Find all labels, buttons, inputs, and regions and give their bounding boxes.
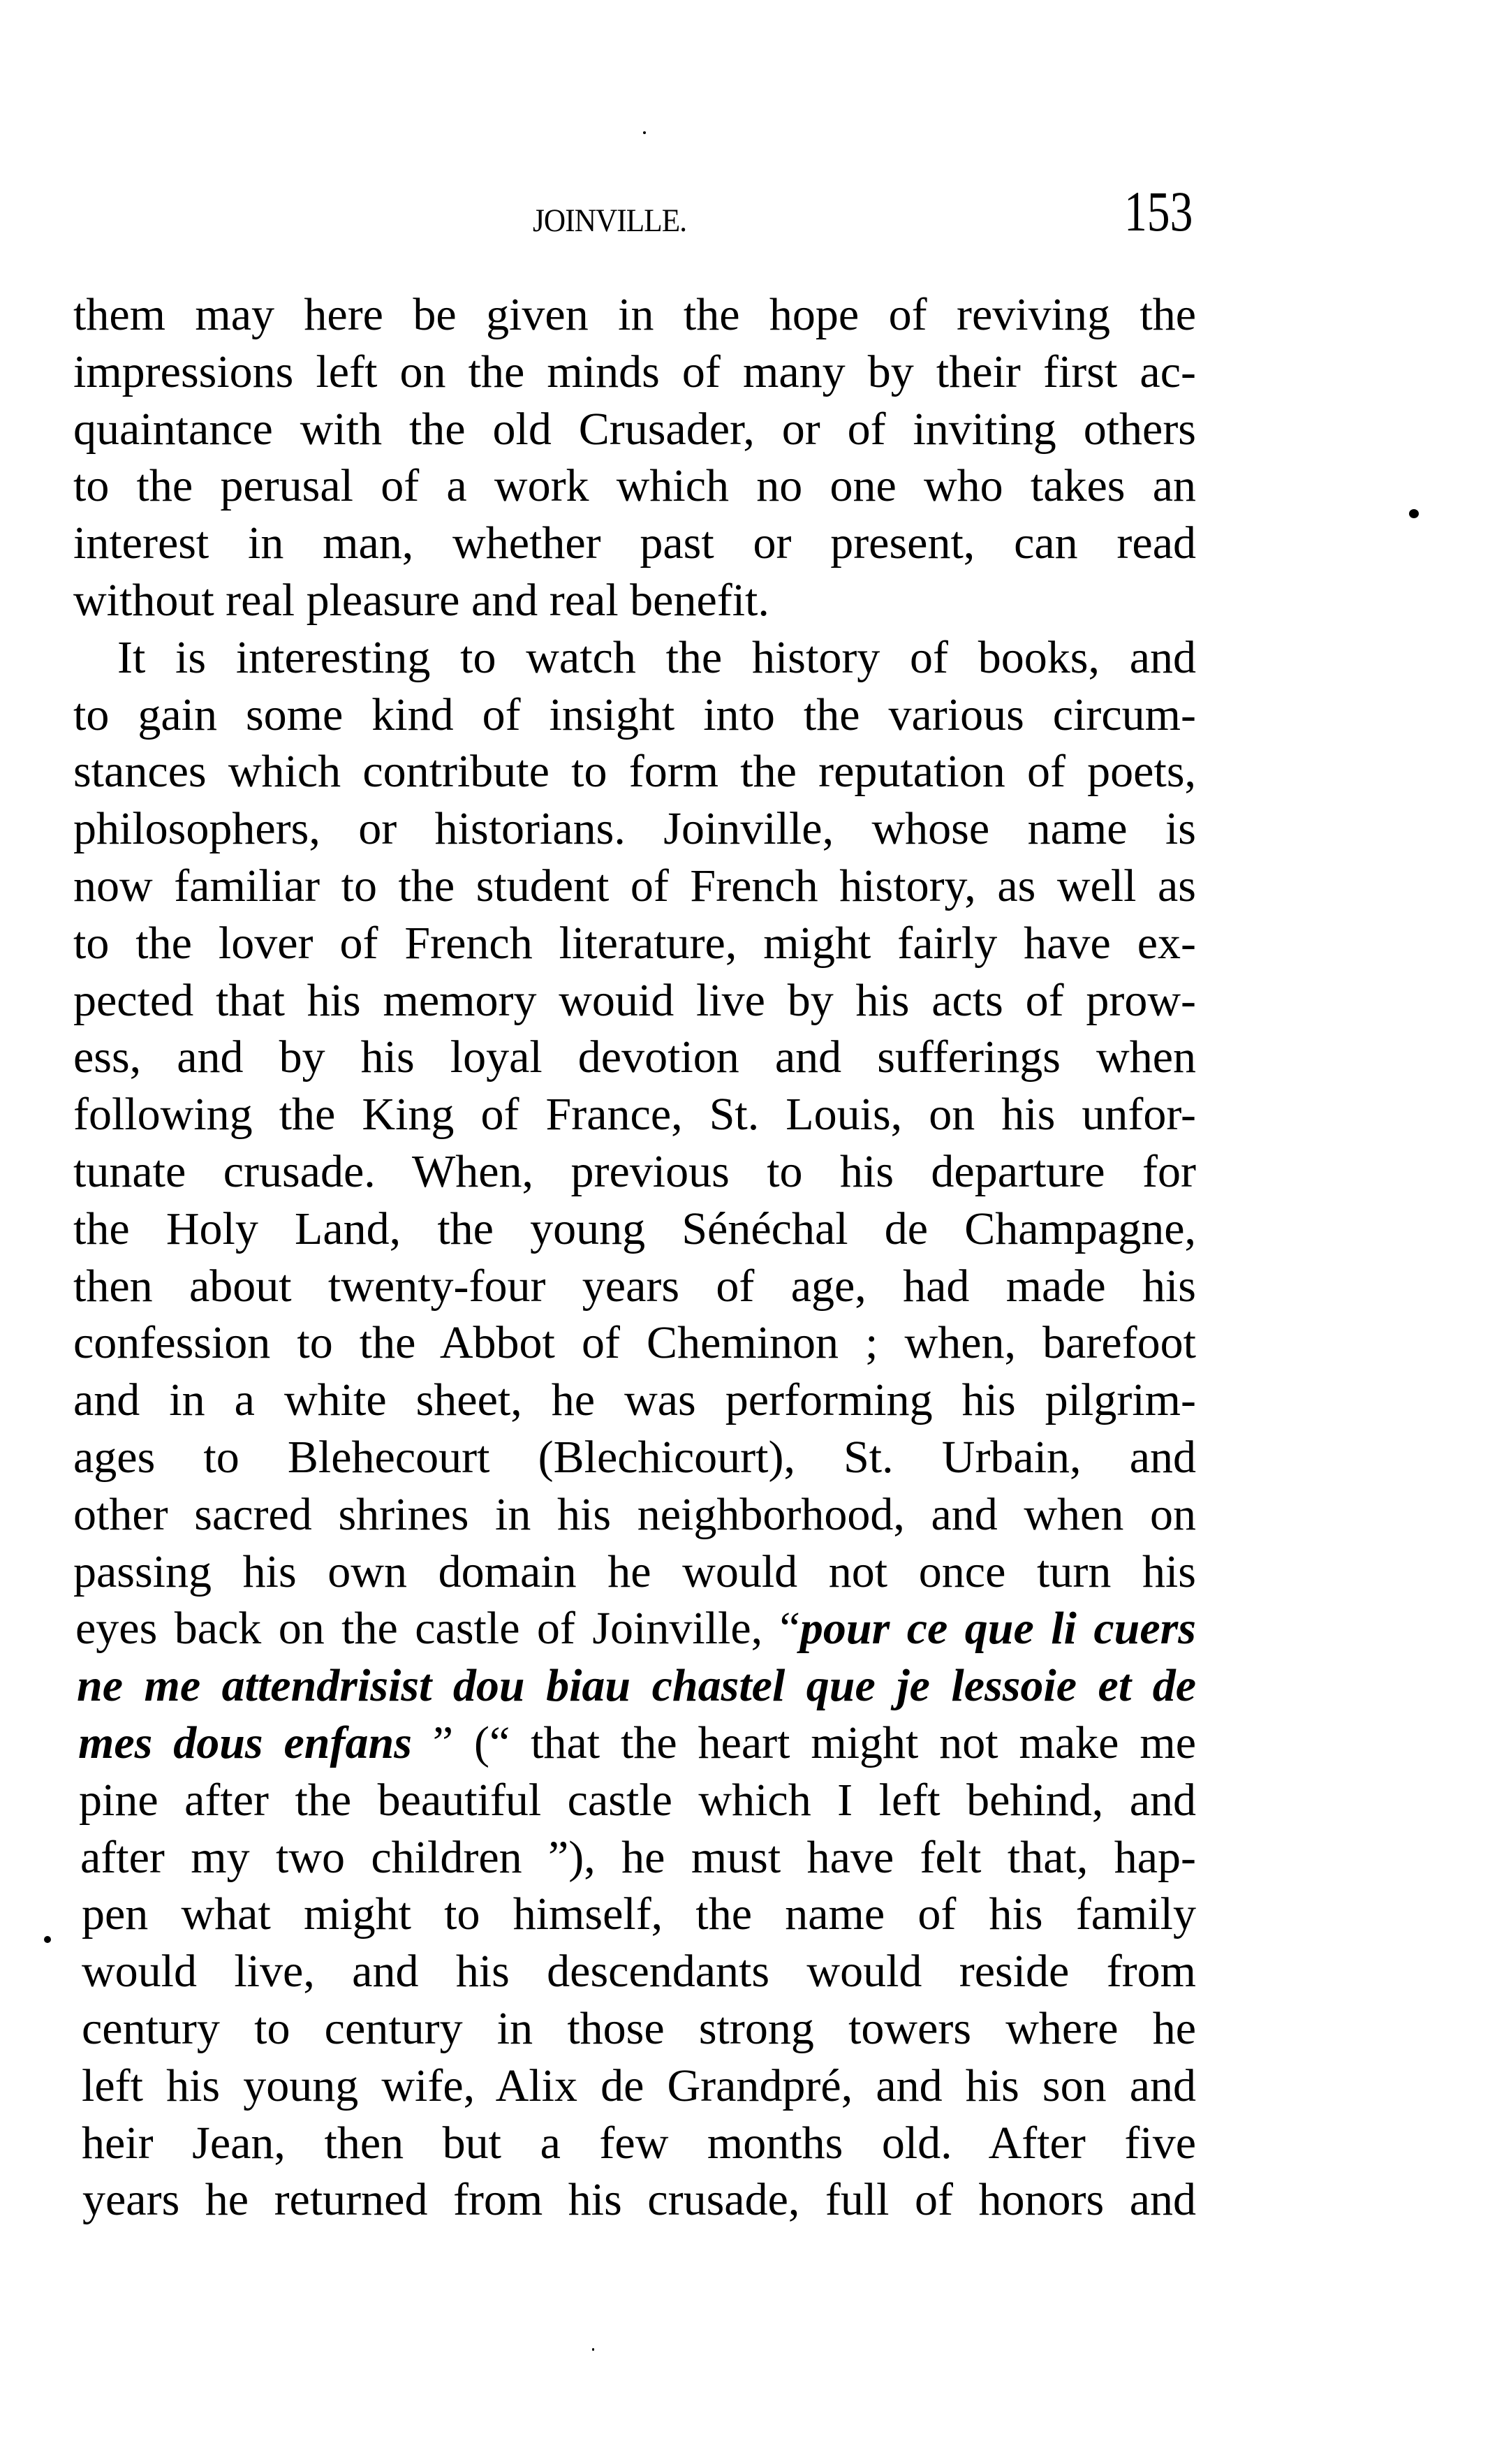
paragraph-start-line: It is interesting to watch the history o… [73, 629, 1196, 687]
text-line: years he returned from his crusade, full… [82, 2171, 1196, 2229]
text-line: pine after the beautiful castle which I … [79, 1772, 1196, 1829]
text-line-with-quote: ne me attendrisist dou biau chastel que … [77, 1657, 1196, 1715]
text-line-with-quote: eyes back on the castle of Joinville, “p… [75, 1600, 1196, 1657]
text-line: following the King of France, St. Louis,… [73, 1086, 1196, 1143]
text-line: would live, and his descendants would re… [82, 1943, 1196, 2000]
scan-speck [592, 2348, 594, 2351]
book-page: JOINVILLE. 153 them may here be given in… [0, 0, 1497, 2464]
text-line: pen what might to himself, the name of h… [82, 1886, 1196, 1943]
text-line: now familiar to the student of French hi… [73, 858, 1196, 915]
text-line: philosophers, or historians. Joinville, … [73, 800, 1196, 858]
body-text: them may here be given in the hope of re… [73, 286, 1196, 2229]
scan-speck [1409, 509, 1419, 518]
text-line: without real pleasure and real benefit. [73, 572, 1196, 629]
text-line: pected that his memory wouid live by his… [73, 972, 1196, 1029]
running-title: JOINVILLE. [533, 201, 719, 240]
text-line: interest in man, whether past or present… [73, 515, 1196, 572]
text-line: other sacred shrines in his neighborhood… [73, 1486, 1196, 1543]
text-line: then about twenty-four years of age, had… [73, 1258, 1196, 1315]
text-line: them may here be given in the hope of re… [73, 286, 1196, 344]
text-line: heir Jean, then but a few months old. Af… [82, 2115, 1196, 2172]
text-line: the Holy Land, the young Sénéchal de Cha… [73, 1201, 1196, 1258]
text-line: to gain some kind of insight into the va… [73, 687, 1196, 744]
text-line: ess, and by his loyal devotion and suffe… [73, 1029, 1196, 1086]
text-line: confession to the Abbot of Cheminon ; wh… [73, 1314, 1196, 1372]
text-line: to the perusal of a work which no one wh… [73, 457, 1196, 515]
scan-speck [643, 131, 646, 134]
french-quote: mes dous enfans [78, 1717, 412, 1768]
text-line: after my two children ”), he must have f… [80, 1829, 1196, 1886]
scan-speck [44, 1936, 51, 1943]
text-line: century to century in those strong tower… [82, 2000, 1196, 2058]
text-line: stances which contribute to form the rep… [73, 743, 1196, 800]
text-line: quaintance with the old Crusader, or of … [73, 401, 1196, 458]
text-line: passing his own domain he would not once… [73, 1543, 1196, 1601]
text-line: left his young wife, Alix de Grandpré, a… [82, 2058, 1196, 2115]
text-line: to the lover of French literature, might… [73, 915, 1196, 972]
page-number: 153 [1124, 183, 1193, 240]
text-line: and in a white sheet, he was performing … [73, 1372, 1196, 1429]
text-line-with-quote: mes dous enfans ” (“ that the heart migh… [78, 1715, 1196, 1772]
text-line: impressions left on the minds of many by… [73, 344, 1196, 401]
french-quote: pour ce que li cuers [800, 1603, 1196, 1654]
french-quote: ne me attendrisist dou biau chastel que … [77, 1660, 1196, 1711]
text-line: tunate crusade. When, previous to his de… [73, 1143, 1196, 1201]
text-line: ages to Blehecourt (Blechicourt), St. Ur… [73, 1429, 1196, 1486]
